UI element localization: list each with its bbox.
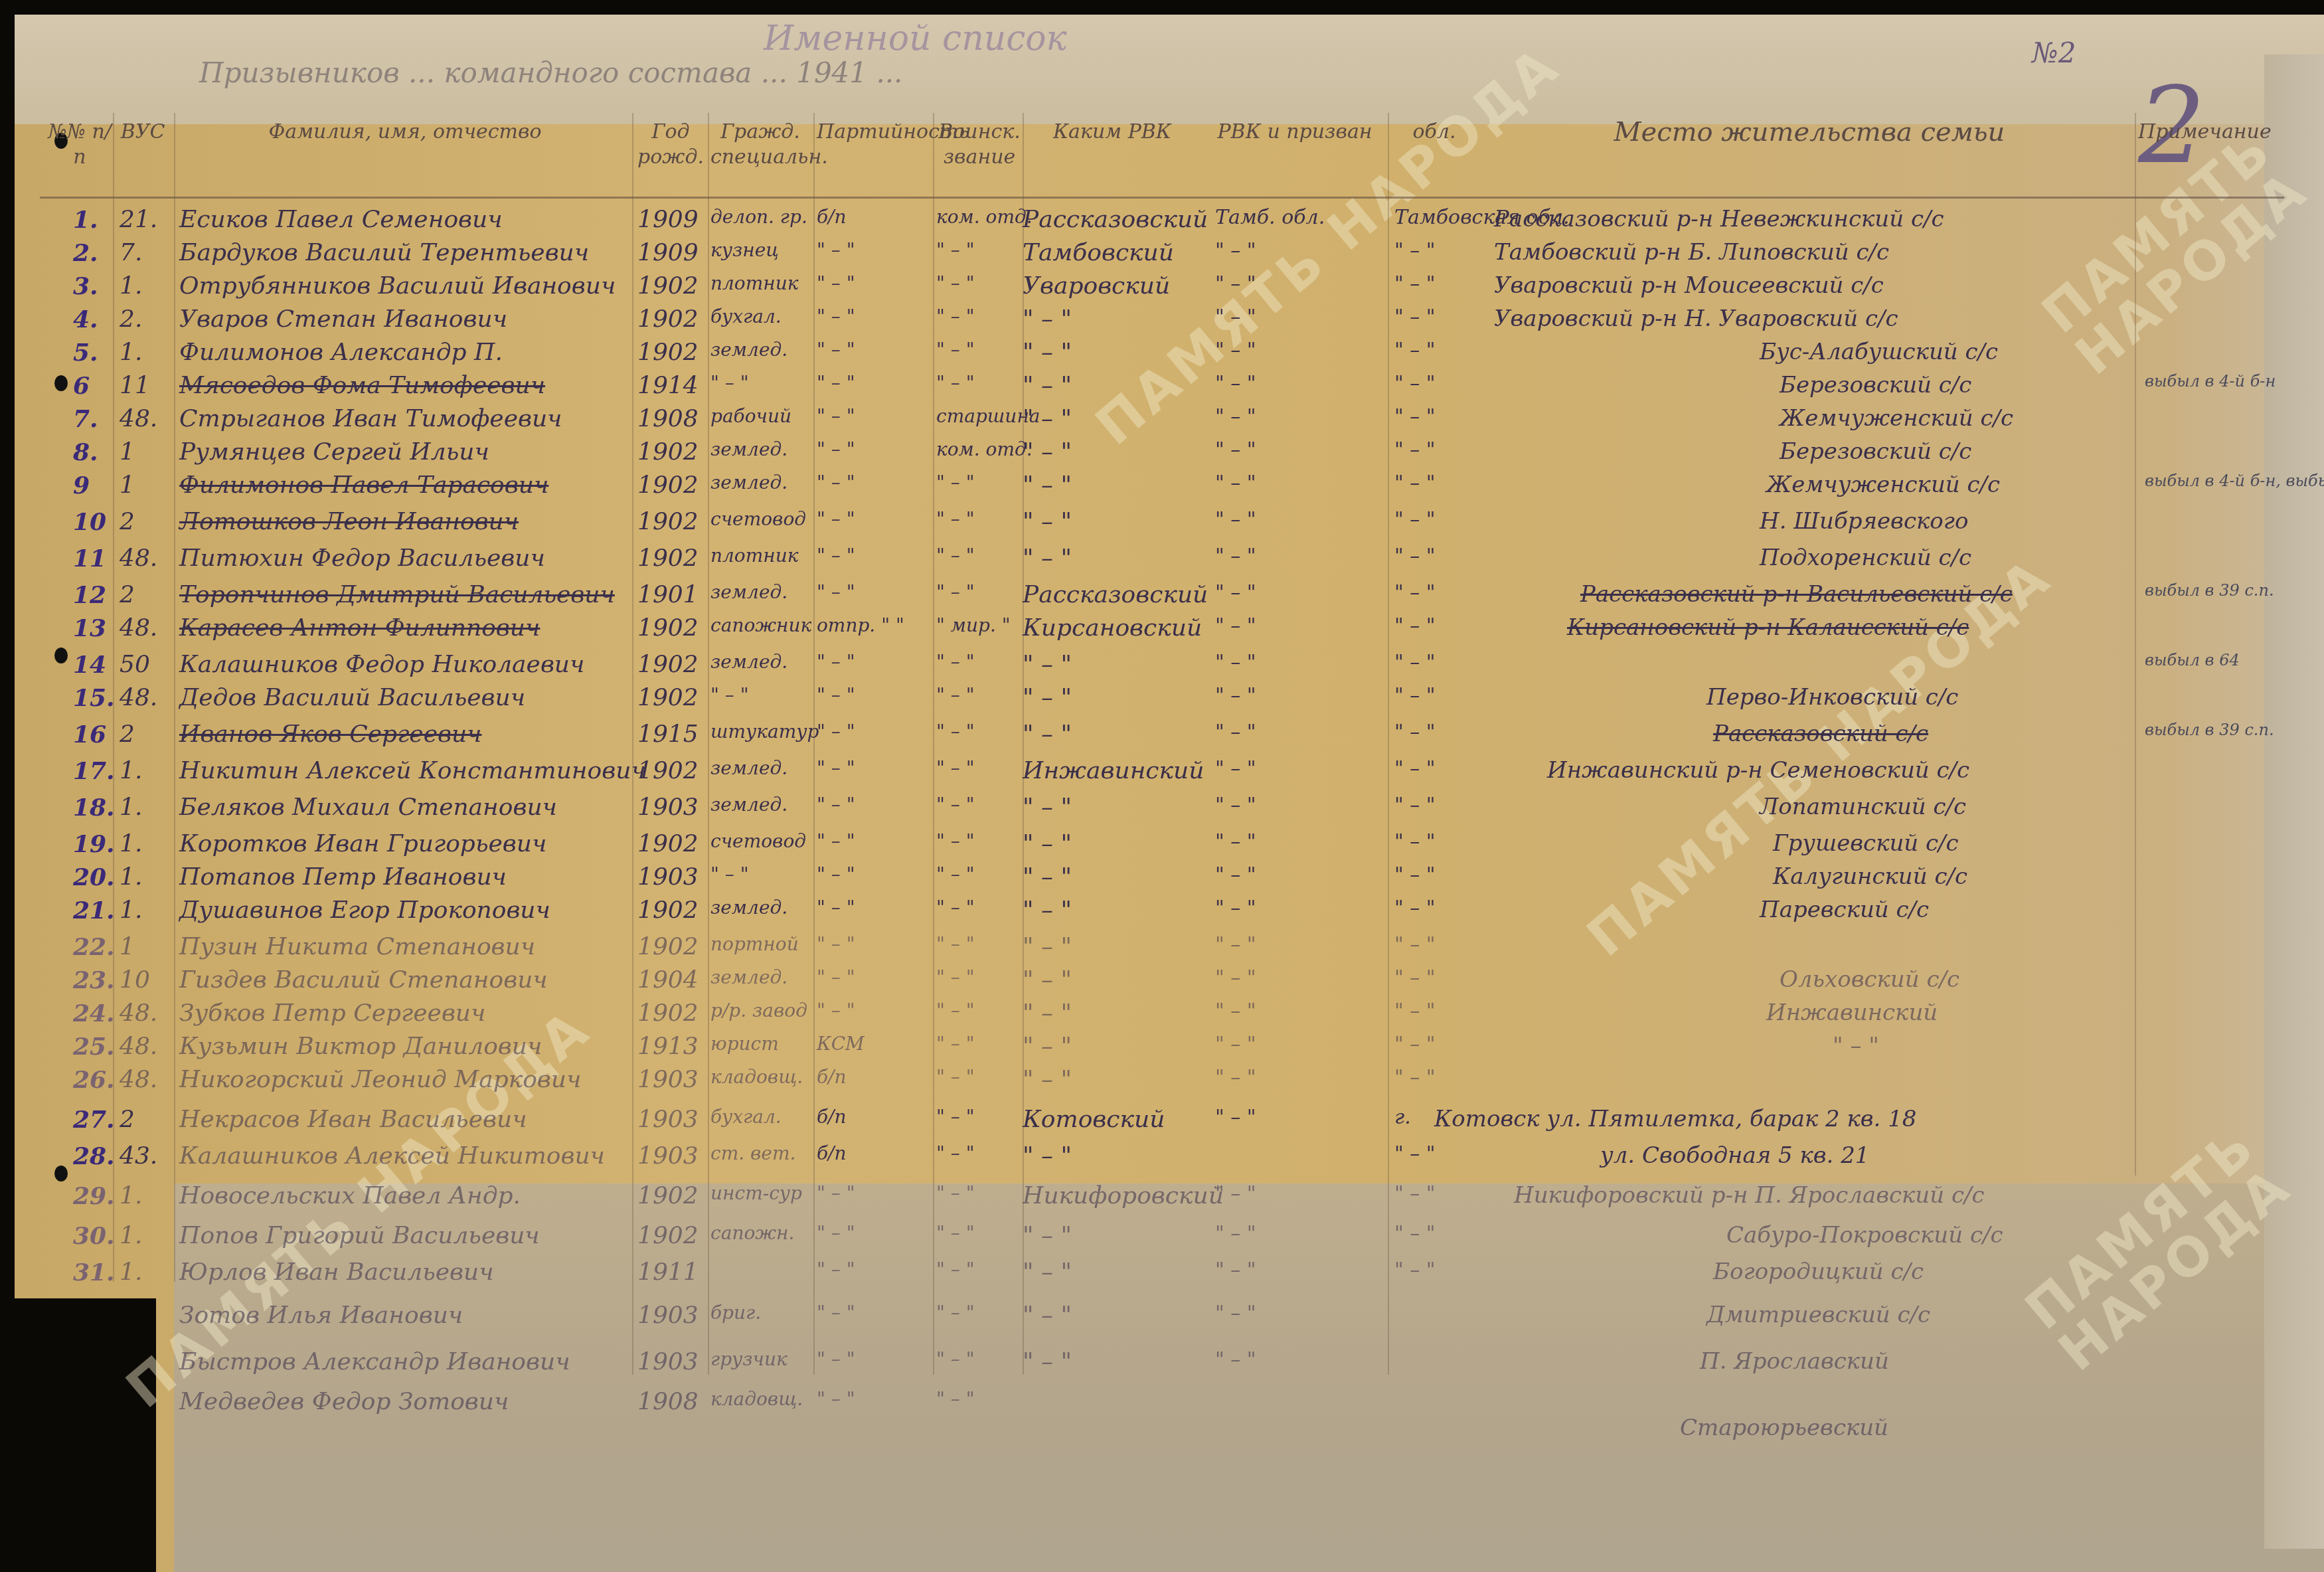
row-year: 1903 (637, 1066, 699, 1093)
row-year: 1902 (637, 1182, 699, 1209)
row-rank: " – " (936, 933, 975, 955)
row-region: " – " (1394, 651, 1436, 674)
row-number: 7. (73, 405, 98, 433)
row-rank: " – " (936, 721, 975, 742)
row-specialty: землед. (710, 581, 788, 603)
row-region: " – " (1394, 933, 1436, 956)
row-number: 16 (73, 721, 106, 748)
row-number: 2. (73, 239, 98, 267)
row-code: 11 (120, 372, 150, 399)
row-rvk: " – " (1215, 1302, 1256, 1325)
table-row: 2. 7. Бардуков Василий Терентьевич 1909 … (0, 239, 2258, 272)
row-district: " – " (1023, 306, 1072, 333)
row-region: " – " (1394, 1000, 1436, 1023)
row-address: Березовский с/с (1780, 438, 1971, 465)
row-district: " – " (1023, 1142, 1072, 1170)
row-rvk: " – " (1215, 272, 1256, 296)
row-address: Сабуро-Покровский с/с (1726, 1222, 2003, 1249)
row-specialty: землед. (710, 794, 788, 816)
row-party: б/п (817, 206, 847, 228)
row-rvk: " – " (1215, 863, 1256, 887)
row-address: Березовский с/с (1780, 372, 1971, 398)
row-party: КСМ (817, 1033, 865, 1055)
row-number: 15. (73, 684, 115, 712)
row-district: Рассказовский (1023, 206, 1208, 233)
table-row: 3. 1. Отрубянников Василий Иванович 1902… (0, 272, 2258, 306)
row-specialty: землед. (710, 651, 788, 673)
row-party: " – " (817, 721, 855, 742)
row-region: " – " (1394, 438, 1436, 462)
row-party: " – " (817, 438, 855, 460)
row-rvk: " – " (1215, 614, 1256, 638)
row-rank: " – " (936, 1259, 975, 1280)
row-name: Питюхин Федор Васильевич (179, 545, 545, 572)
row-party: б/п (817, 1106, 847, 1128)
row-address: " – " (1833, 1033, 1879, 1059)
row-number: 12 (73, 581, 106, 609)
row-rvk: " – " (1215, 508, 1256, 531)
row-name: Торопчинов Дмитрий Васильевич (179, 581, 615, 608)
row-code: 1. (120, 1259, 142, 1286)
row-rank: " – " (936, 1142, 975, 1164)
header-note: Примечание (2138, 120, 2271, 193)
row-name: Дедов Василий Васильевич (179, 684, 525, 711)
row-region: " – " (1394, 830, 1436, 853)
row-number: 4. (73, 306, 98, 333)
row-year: 1903 (637, 1106, 699, 1133)
row-region: г. (1394, 1106, 1411, 1129)
row-rank: " – " (936, 239, 975, 261)
row-rvk: " – " (1215, 1106, 1256, 1129)
row-party: " – " (817, 239, 855, 261)
table-row: 31. 1. Юрлов Иван Васильевич 1911 " – " … (0, 1259, 2258, 1292)
row-rank: " – " (936, 897, 975, 918)
row-district: " – " (1023, 933, 1072, 960)
row-specialty: бриг. (710, 1302, 761, 1324)
row-rvk: " – " (1215, 239, 1256, 262)
paper-right-strip (2264, 54, 2324, 1549)
row-year: 1902 (637, 339, 699, 366)
row-rvk: " – " (1215, 933, 1256, 956)
row-name: Уваров Степан Иванович (179, 306, 507, 333)
row-number: 29. (73, 1182, 115, 1210)
row-number: 3. (73, 272, 98, 300)
row-rvk: " – " (1215, 651, 1256, 674)
row-rank: " – " (936, 472, 975, 493)
row-party: " – " (817, 651, 855, 673)
row-party: " – " (817, 1222, 855, 1244)
row-district: " – " (1023, 863, 1072, 891)
row-number: 18. (73, 794, 115, 822)
row-year: 1903 (637, 1142, 699, 1170)
row-address: Жемчуженский с/с (1766, 472, 2000, 498)
row-district: Тамбовский (1023, 239, 1174, 266)
scan-background-corner (0, 1298, 156, 1572)
row-address: Бус-Алабушский с/с (1760, 339, 1998, 365)
row-name: Зубков Петр Сергеевич (179, 1000, 485, 1027)
header-num: №№ п/п (43, 120, 116, 193)
page-number-small: №2 (2032, 37, 2076, 69)
row-district: " – " (1023, 794, 1072, 821)
row-district: Никифоровский (1023, 1182, 1224, 1209)
row-rank: " – " (936, 966, 975, 988)
row-party: " – " (817, 757, 855, 779)
row-rank: " – " (936, 1106, 975, 1128)
row-district: Инжавинский (1023, 757, 1204, 784)
row-name: Новосельских Павел Андр. (179, 1182, 521, 1209)
row-number: 17. (73, 757, 115, 785)
table-row: 5. 1. Филимонов Александр П. 1902 землед… (0, 339, 2258, 372)
row-rvk: " – " (1215, 581, 1256, 604)
header-region: обл. (1394, 120, 1474, 193)
row-year: 1902 (637, 438, 699, 466)
row-note: выбыл в 64 (2145, 651, 2240, 669)
row-code: 21. (120, 206, 157, 233)
row-rank: " – " (936, 508, 975, 530)
row-rank: " – " (936, 684, 975, 706)
row-code: 1. (120, 897, 142, 924)
table-row: 1. 21. Есиков Павел Семенович 1909 делоп… (0, 206, 2258, 239)
row-note: выбыл в 4-й б-н, выбыл в 39 с.п. (2145, 472, 2324, 490)
row-rank: " – " (936, 339, 975, 361)
row-party: " – " (817, 472, 855, 493)
row-name: Никогорский Леонид Маркович (179, 1066, 581, 1093)
row-region: " – " (1394, 863, 1436, 887)
row-district: " – " (1023, 438, 1072, 466)
row-year: 1902 (637, 933, 699, 960)
header-address: Место жительства семьи (1494, 120, 2125, 193)
row-number: 24. (73, 1000, 115, 1027)
row-number: 8. (73, 438, 98, 466)
row-name: Кузьмин Виктор Данилович (179, 1033, 542, 1060)
row-specialty: кладовщ. (710, 1388, 803, 1410)
table-row: 11 48. Питюхин Федор Васильевич 1902 пло… (0, 545, 2258, 578)
row-name: Лотошков Леон Иванович (179, 508, 519, 535)
row-district: Котовский (1023, 1106, 1165, 1133)
table-row: 15. 48. Дедов Василий Васильевич 1902 " … (0, 684, 2258, 717)
row-region: " – " (1394, 897, 1436, 920)
row-specialty: плотник (710, 545, 798, 567)
row-number: 19. (73, 830, 115, 858)
row-code: 1. (120, 794, 142, 821)
row-specialty: юрист (710, 1033, 779, 1055)
row-address: Никифоровский р-н П. Ярославский с/с (1514, 1182, 1984, 1209)
row-district: " – " (1023, 545, 1072, 572)
row-year: 1901 (637, 581, 699, 608)
row-specialty: сапожник (710, 614, 811, 636)
row-rvk: " – " (1215, 1000, 1256, 1023)
row-code: 1 (120, 472, 135, 499)
row-address: Подхоренский с/с (1760, 545, 1971, 571)
row-rvk: " – " (1215, 966, 1256, 990)
row-specialty: " – " (710, 372, 749, 394)
row-region: " – " (1394, 1182, 1436, 1205)
row-region: " – " (1394, 372, 1436, 395)
row-name: Юрлов Иван Васильевич (179, 1259, 494, 1286)
row-year: 1903 (637, 1348, 699, 1375)
row-note: выбыл в 4-й б-н (2145, 372, 2276, 391)
row-district: " – " (1023, 405, 1072, 432)
row-specialty: грузчик (710, 1348, 788, 1370)
row-note: выбыл в 39 с.п. (2145, 721, 2274, 739)
row-specialty: бухгал. (710, 1106, 782, 1128)
row-rvk: " – " (1215, 472, 1256, 495)
row-specialty: инст-сур (710, 1182, 802, 1204)
row-name: Есиков Павел Семенович (179, 206, 503, 233)
row-address: Калугинский с/с (1773, 863, 1967, 890)
row-address: Грушевский с/с (1773, 830, 1959, 857)
row-name: Попов Григорий Васильевич (179, 1222, 540, 1249)
row-rank: " – " (936, 581, 975, 603)
row-rank: " – " (936, 1033, 975, 1055)
row-rank: " – " (936, 1182, 975, 1204)
row-district: " – " (1023, 1033, 1072, 1060)
row-district: " – " (1023, 830, 1072, 857)
row-name: Быстров Александр Иванович (179, 1348, 570, 1375)
row-specialty: кладовщ. (710, 1066, 803, 1088)
row-rvk: " – " (1215, 757, 1256, 780)
row-specialty: землед. (710, 438, 788, 460)
row-code: 1 (120, 438, 135, 466)
row-code: 1. (120, 272, 142, 300)
row-year: 1908 (637, 405, 699, 432)
row-year: 1902 (637, 830, 699, 857)
row-specialty: портной (710, 933, 799, 955)
row-address: Уваровский р-н Н. Уваровский с/с (1494, 306, 1898, 332)
row-number: 31. (73, 1259, 115, 1286)
row-year: 1902 (637, 472, 699, 499)
table-row: 6 11 Мясоедов Фома Тимофеевич 1914 " – "… (0, 372, 2258, 405)
row-address: Рассказовский с/с (1713, 721, 1928, 747)
row-party: " – " (817, 1302, 855, 1324)
row-party: " – " (817, 1388, 855, 1410)
table-row: 7. 48. Стрыганов Иван Тимофеевич 1908 ра… (0, 405, 2258, 438)
row-rvk: " – " (1215, 1182, 1256, 1205)
row-rvk: " – " (1215, 339, 1256, 362)
row-rvk: " – " (1215, 1222, 1256, 1245)
row-address: Инжавинский (1766, 1000, 1938, 1026)
row-year: 1902 (637, 757, 699, 784)
row-party: " – " (817, 1182, 855, 1204)
row-rank: " – " (936, 306, 975, 327)
table-row: 20. 1. Потапов Петр Иванович 1903 " – " … (0, 863, 2258, 897)
table-row: 18. 1. Беляков Михаил Степанович 1903 зе… (0, 794, 2258, 827)
document-title: Именной список (764, 19, 1067, 58)
row-code: 7. (120, 239, 142, 266)
row-specialty: землед. (710, 897, 788, 918)
row-party: " – " (817, 1259, 855, 1280)
row-number: 6 (73, 372, 90, 400)
row-rank: " – " (936, 651, 975, 673)
row-rank: " – " (936, 1302, 975, 1324)
row-specialty: бухгал. (710, 306, 782, 327)
row-address: П. Ярославский (1700, 1348, 1889, 1375)
row-name: Филимонов Александр П. (179, 339, 503, 366)
row-rvk: " – " (1215, 1033, 1256, 1056)
row-district: Уваровский (1023, 272, 1170, 300)
row-address: Паревский с/с (1760, 897, 1929, 923)
row-district: " – " (1023, 1222, 1072, 1249)
row-specialty: р/р. завод (710, 1000, 807, 1021)
row-address: Ольховский с/с (1780, 966, 1959, 993)
row-rank: " – " (936, 757, 975, 779)
row-party: б/п (817, 1142, 847, 1164)
row-region: " – " (1394, 472, 1436, 495)
row-name: Филимонов Павел Тарасович (179, 472, 548, 499)
table-row: 17. 1. Никитин Алексей Константинович 19… (0, 757, 2258, 790)
row-number: 23. (73, 966, 115, 994)
row-specialty: землед. (710, 472, 788, 493)
row-name: Румянцев Сергей Ильич (179, 438, 489, 466)
document-subtitle: Призывников ... командного состава ... 1… (199, 56, 902, 89)
row-year: 1902 (637, 1000, 699, 1027)
row-region: " – " (1394, 1259, 1436, 1282)
row-year: 1902 (637, 272, 699, 300)
row-district: " – " (1023, 651, 1072, 678)
row-region: " – " (1394, 684, 1436, 707)
row-rank: ком. отд. (936, 438, 1033, 460)
table-row: 14 50 Калашников Федор Николаевич 1902 з… (0, 651, 2258, 684)
row-specialty: землед. (710, 966, 788, 988)
row-region: " – " (1394, 581, 1436, 604)
table-row: 9 1 Филимонов Павел Тарасович 1902 земле… (0, 472, 2258, 505)
row-name: Медведев Федор Зотович (179, 1388, 509, 1415)
row-name: Отрубянников Василий Иванович (179, 272, 616, 300)
row-year: 1915 (637, 721, 699, 748)
header-code: ВУС (116, 120, 169, 193)
table-row: 21. 1. Душавинов Егор Прокопович 1902 зе… (0, 897, 2258, 930)
row-name: Беляков Михаил Степанович (179, 794, 557, 821)
row-rvk: " – " (1215, 405, 1256, 428)
row-code: 1. (120, 1182, 142, 1209)
row-year: 1902 (637, 651, 699, 678)
table-row: 8. 1 Румянцев Сергей Ильич 1902 землед. … (0, 438, 2258, 472)
row-year: 1909 (637, 206, 699, 233)
row-code: 2. (120, 306, 142, 333)
row-rank: " – " (936, 863, 975, 885)
row-code: 48. (120, 614, 157, 642)
row-rvk: " – " (1215, 830, 1256, 853)
row-party: " – " (817, 405, 855, 427)
row-district: Рассказовский (1023, 581, 1208, 608)
header-rank: Воинск. звание (936, 120, 1023, 193)
row-number: 1. (73, 206, 98, 234)
row-rvk: " – " (1215, 372, 1256, 395)
row-note: выбыл в 39 с.п. (2145, 581, 2274, 600)
table-row: 13 48. Карасев Антон Филиппович 1902 сап… (0, 614, 2258, 648)
row-rank: " – " (936, 1066, 975, 1088)
row-year: 1914 (637, 372, 699, 399)
row-rvk: " – " (1215, 1066, 1256, 1089)
table-row: Зотов Илья Иванович 1903 бриг. " – " " –… (0, 1302, 2258, 1335)
row-number: 14 (73, 651, 106, 679)
row-code: 48. (120, 1000, 157, 1027)
row-rank: " – " (936, 372, 975, 394)
row-specialty: сапожн. (710, 1222, 794, 1244)
row-address: Лопатинский с/с (1760, 794, 1966, 820)
row-district: Кирсановский (1023, 614, 1202, 642)
row-region: " – " (1394, 794, 1436, 817)
row-party: " – " (817, 372, 855, 394)
row-name: Бардуков Василий Терентьевич (179, 239, 589, 266)
row-region: " – " (1394, 614, 1436, 638)
header-district: Каким РВК (1026, 120, 1199, 193)
row-year: 1902 (637, 545, 699, 572)
row-rank: ком. отд. (936, 206, 1033, 228)
table-row: 25. 48. Кузьмин Виктор Данилович 1913 юр… (0, 1033, 2258, 1066)
table-row: 24. 48. Зубков Петр Сергеевич 1902 р/р. … (0, 1000, 2258, 1033)
row-party: " – " (817, 897, 855, 918)
row-rank: " – " (936, 830, 975, 852)
row-address: Жемчуженский с/с (1780, 405, 2013, 432)
row-specialty: землед. (710, 339, 788, 361)
row-rvk: " – " (1215, 1259, 1256, 1282)
row-number: 13 (73, 614, 106, 642)
row-party: " – " (817, 581, 855, 603)
row-region: " – " (1394, 966, 1436, 990)
table-row: 10 2 Лотошков Леон Иванович 1902 счетово… (0, 508, 2258, 541)
row-party: " – " (817, 933, 855, 955)
row-year: 1902 (637, 508, 699, 535)
row-number: 11 (73, 545, 106, 572)
row-rvk: " – " (1215, 306, 1256, 329)
row-district: " – " (1023, 472, 1072, 499)
row-party: " – " (817, 1348, 855, 1370)
row-region: " – " (1394, 757, 1436, 780)
row-party: отпр. " " (817, 614, 904, 636)
row-address: Рассказовский р-н Васильевский с/с (1580, 581, 2013, 608)
row-number: 5. (73, 339, 98, 367)
row-district: " – " (1023, 372, 1072, 399)
table-row: Медведев Федор Зотович 1908 кладовщ. " –… (0, 1388, 2258, 1421)
row-region: " – " (1394, 1222, 1436, 1245)
table-row: 12 2 Торопчинов Дмитрий Васильевич 1901 … (0, 581, 2258, 614)
row-address: Староюрьевский (1680, 1415, 1888, 1441)
row-district: " – " (1023, 1066, 1072, 1093)
row-code: 50 (120, 651, 150, 678)
row-district: " – " (1023, 721, 1072, 748)
row-number: 10 (73, 508, 106, 536)
row-year: 1902 (637, 897, 699, 924)
table-row: 23. 10 Гиздев Василий Степанович 1904 зе… (0, 966, 2258, 1000)
row-rvk: " – " (1215, 684, 1256, 707)
row-district: " – " (1023, 1302, 1072, 1329)
row-name: Душавинов Егор Прокопович (179, 897, 550, 924)
row-number: 22. (73, 933, 115, 961)
row-district: " – " (1023, 1348, 1072, 1375)
row-address: Н. Шибряевского (1760, 508, 1968, 535)
row-specialty: делоп. гр. (710, 206, 807, 228)
row-address: Котовск ул. Пятилетка, барак 2 кв. 18 (1434, 1106, 1917, 1132)
row-party: " – " (817, 684, 855, 706)
row-region: " – " (1394, 272, 1436, 296)
row-name: Иванов Яков Сергеевич (179, 721, 481, 748)
row-number: 28. (73, 1142, 115, 1170)
row-specialty: кузнец (710, 239, 779, 261)
row-party: " – " (817, 830, 855, 852)
row-address: Уваровский р-н Моисеевский с/с (1494, 272, 1884, 299)
row-region: " – " (1394, 1066, 1436, 1089)
header-name: Фамилия, имя, отчество (179, 120, 631, 193)
row-specialty: землед. (710, 757, 788, 779)
table-row: 30. 1. Попов Григорий Васильевич 1902 са… (0, 1222, 2258, 1255)
row-year: 1903 (637, 1302, 699, 1329)
row-year: 1902 (637, 306, 699, 333)
row-code: 48. (120, 405, 157, 432)
row-code: 1. (120, 1222, 142, 1249)
row-rvk: " – " (1215, 897, 1256, 920)
row-district: " – " (1023, 897, 1072, 924)
